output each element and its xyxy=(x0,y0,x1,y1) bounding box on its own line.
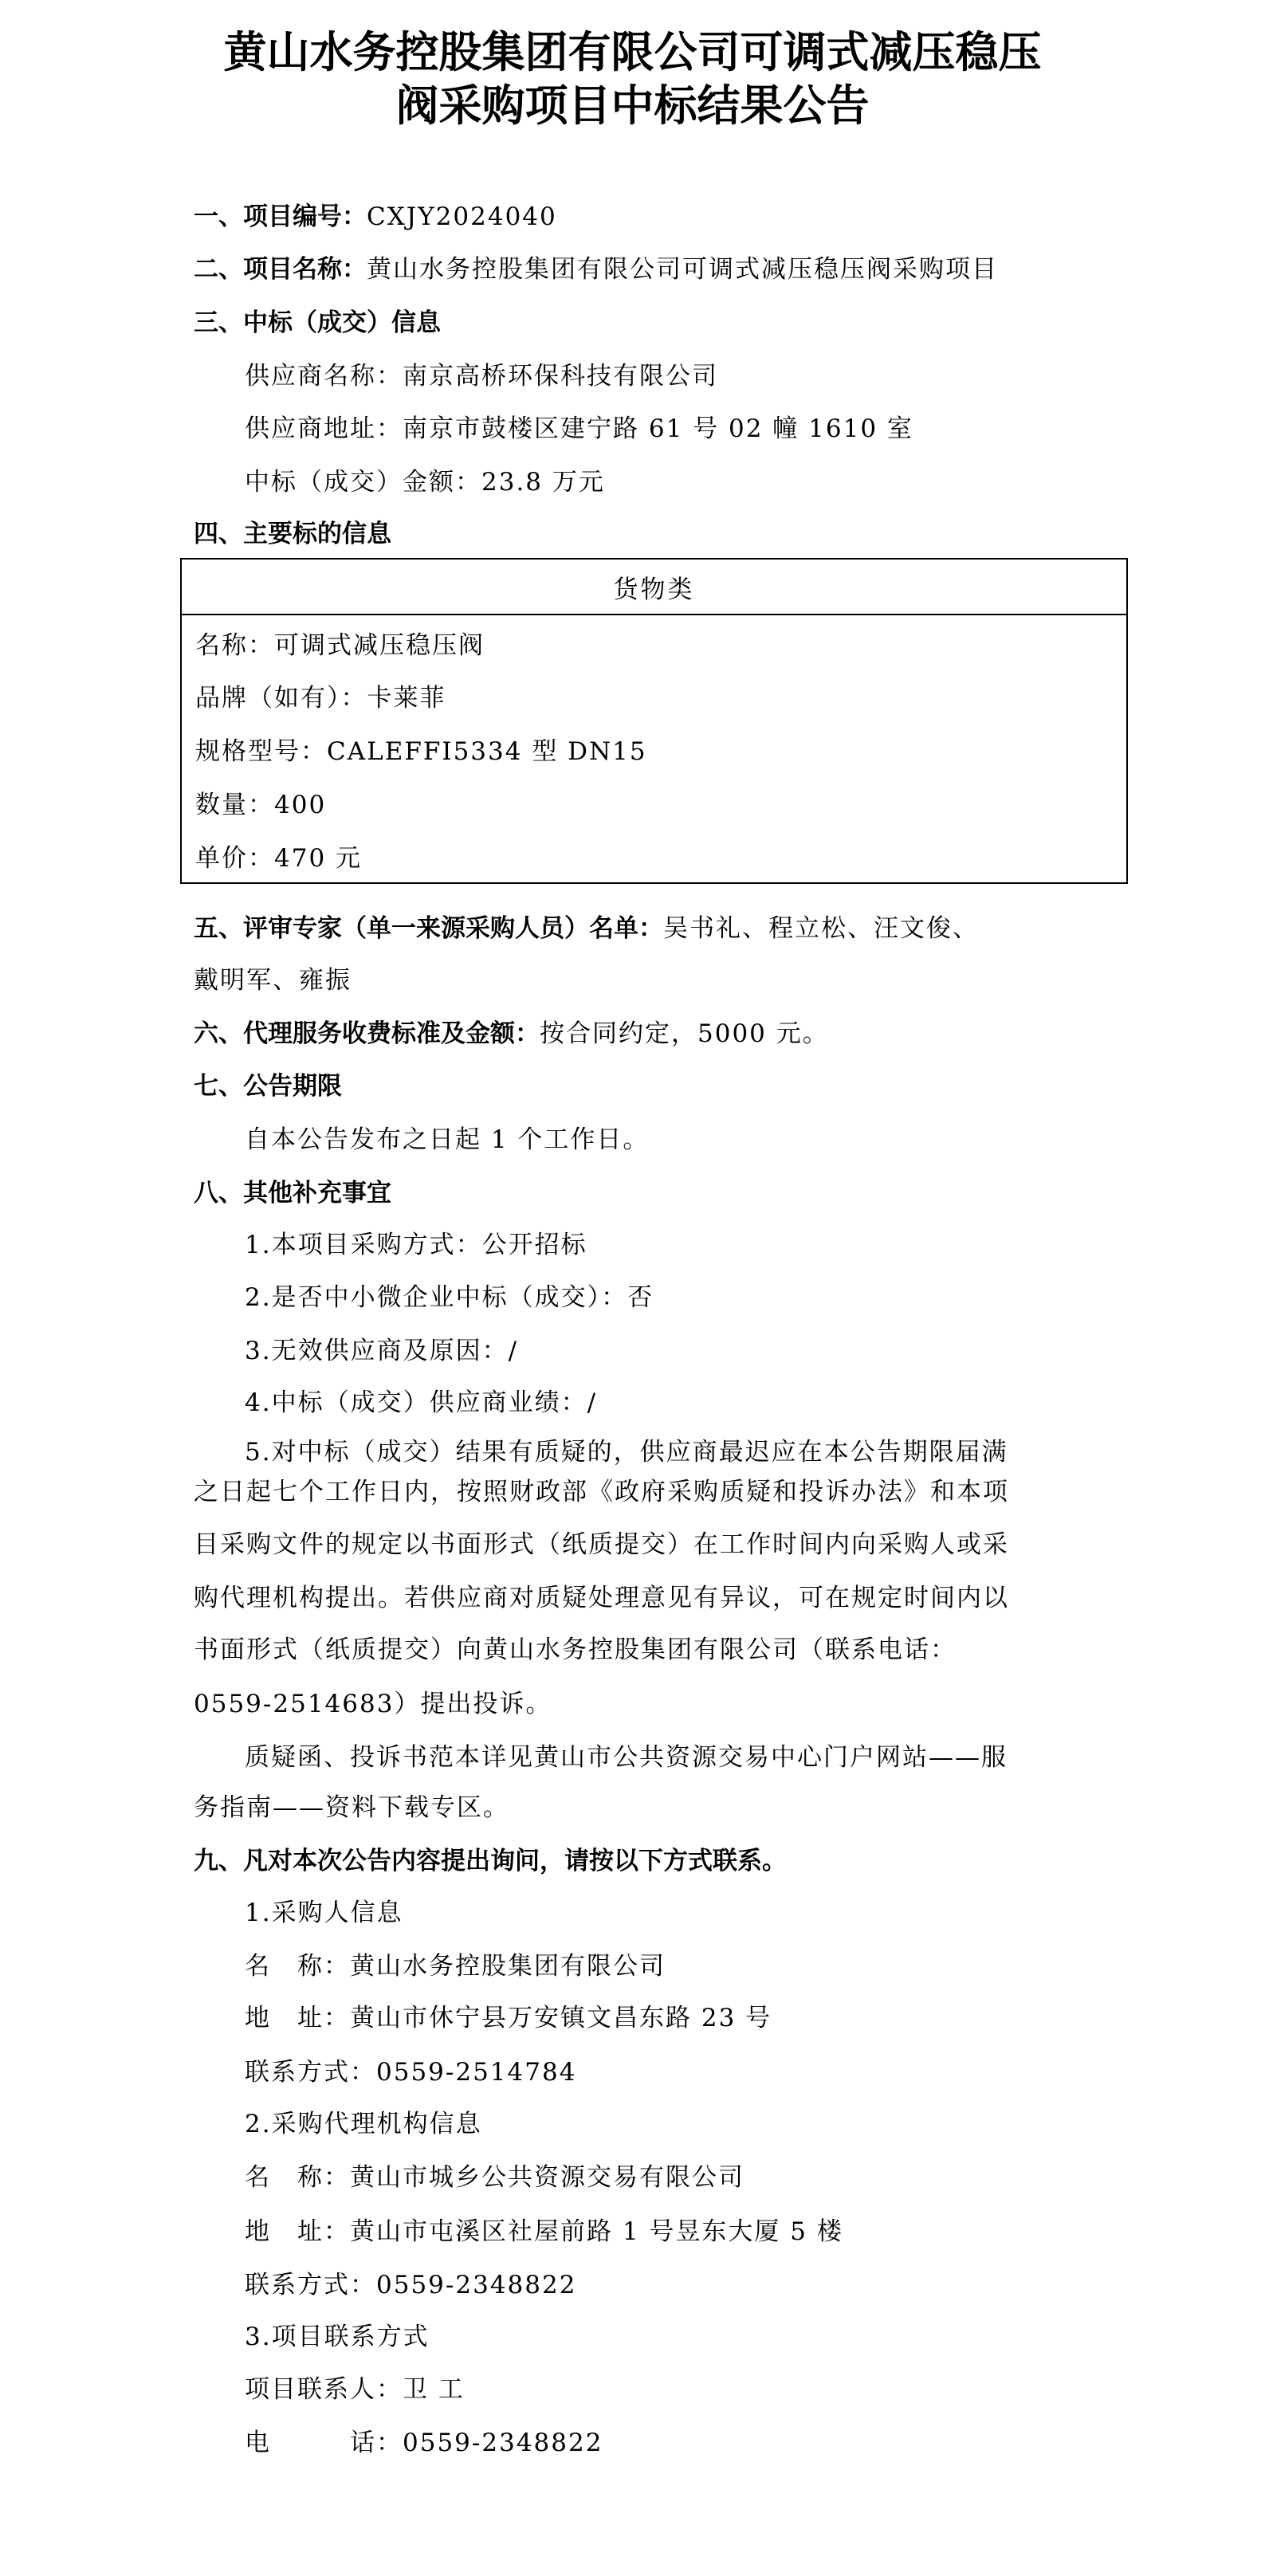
project-contact-person: 项目联系人：卫 工 xyxy=(245,2374,465,2405)
project-name-label: 二、项目名称： xyxy=(194,255,367,284)
project-contact-phone: 电 话：0559-2348822 xyxy=(245,2427,603,2459)
section-8-heading: 八、其他补充事宜 xyxy=(194,1177,391,1209)
supplement-item-4: 4.中标（成交）供应商业绩：/ xyxy=(245,1387,597,1419)
table-header-goods: 货物类 xyxy=(182,560,1126,615)
purchaser-name: 名 称：黄山水务控股集团有限公司 xyxy=(245,1950,666,1982)
experts-row: 五、评审专家（单一来源采购人员）名单：吴书礼、程立松、汪文俊、 xyxy=(194,913,979,944)
table-row-name: 名称：可调式减压稳压阀 xyxy=(195,630,485,662)
table-row-brand: 品牌（如有）：卡莱菲 xyxy=(195,682,446,714)
supplement-item-5-line-3: 目采购文件的规定以书面形式（纸质提交）在工作时间内向采购人或采 xyxy=(194,1529,1009,1561)
page-title-line-1: 黄山水务控股集团有限公司可调式减压稳压 xyxy=(0,26,1265,79)
notice-period-text: 自本公告发布之日起 1 个工作日。 xyxy=(245,1124,649,1156)
project-number-label: 一、项目编号： xyxy=(194,202,367,231)
agency-fee-value: 按合同约定，5000 元。 xyxy=(540,1019,829,1048)
main-items-table: 货物类 名称：可调式减压稳压阀 品牌（如有）：卡莱菲 规格型号：CALEFFI5… xyxy=(180,558,1128,884)
section-9-heading: 九、凡对本次公告内容提出询问，请按以下方式联系。 xyxy=(194,1845,787,1877)
supplement-item-2: 2.是否中小微企业中标（成交）：否 xyxy=(245,1282,654,1314)
project-number-value: CXJY2024040 xyxy=(367,202,557,231)
award-amount: 中标（成交）金额：23.8 万元 xyxy=(245,466,605,498)
agency-info-title: 2.采购代理机构信息 xyxy=(245,2108,482,2140)
agency-address: 地 址：黄山市屯溪区社屋前路 1 号昱东大厦 5 楼 xyxy=(245,2216,843,2248)
agency-name: 名 称：黄山市城乡公共资源交易有限公司 xyxy=(245,2162,744,2193)
purchaser-address: 地 址：黄山市休宁县万安镇文昌东路 23 号 xyxy=(245,2002,772,2034)
agency-fee-label: 六、代理服务收费标准及金额： xyxy=(194,1019,540,1048)
template-note-line-2: 务指南——资料下载专区。 xyxy=(194,1792,509,1824)
project-number-row: 一、项目编号：CXJY2024040 xyxy=(194,201,557,233)
table-row-quantity: 数量：400 xyxy=(195,789,326,821)
purchaser-contact: 联系方式：0559-2514784 xyxy=(245,2056,576,2088)
page-title-line-2: 阀采购项目中标结果公告 xyxy=(0,79,1265,132)
purchaser-info-title: 1.采购人信息 xyxy=(245,1897,403,1929)
experts-label: 五、评审专家（单一来源采购人员）名单： xyxy=(194,914,663,943)
section-4-heading: 四、主要标的信息 xyxy=(194,518,391,550)
table-row-model: 规格型号：CALEFFI5334 型 DN15 xyxy=(195,736,647,768)
supplement-item-5-line-5: 书面形式（纸质提交）向黄山水务控股集团有限公司（联系电话： xyxy=(194,1634,957,1666)
project-contact-title: 3.项目联系方式 xyxy=(245,2321,430,2353)
supplement-item-5-line-1: 5.对中标（成交）结果有质疑的，供应商最迟应在本公告期限届满 xyxy=(245,1436,1008,1468)
experts-value: 吴书礼、程立松、汪文俊、 xyxy=(663,914,979,943)
table-row-unit-price: 单价：470 元 xyxy=(195,842,362,874)
project-name-value: 黄山水务控股集团有限公司可调式减压稳压阀采购项目 xyxy=(367,255,998,284)
project-name-row: 二、项目名称：黄山水务控股集团有限公司可调式减压稳压阀采购项目 xyxy=(194,253,998,285)
supplement-item-5-line-6: 0559-2514683）提出投诉。 xyxy=(194,1688,552,1720)
section-3-heading: 三、中标（成交）信息 xyxy=(194,307,441,339)
agency-fee-row: 六、代理服务收费标准及金额：按合同约定，5000 元。 xyxy=(194,1018,829,1050)
section-7-heading: 七、公告期限 xyxy=(194,1070,342,1102)
experts-value-continued: 戴明军、雍振 xyxy=(194,964,352,996)
supplement-item-5-line-2: 之日起七个工作日内，按照财政部《政府采购质疑和投诉办法》和本项 xyxy=(194,1476,1009,1508)
supplement-item-1: 1.本项目采购方式：公开招标 xyxy=(245,1229,587,1261)
supplier-name: 供应商名称：南京高桥环保科技有限公司 xyxy=(245,360,718,392)
supplement-item-3: 3.无效供应商及原因：/ xyxy=(245,1335,518,1367)
template-note-line-1: 质疑函、投诉书范本详见黄山市公共资源交易中心门户网站——服 xyxy=(245,1742,1008,1773)
supplier-address: 供应商地址：南京市鼓楼区建宁路 61 号 02 幢 1610 室 xyxy=(245,413,913,445)
announcement-page: 黄山水务控股集团有限公司可调式减压稳压 阀采购项目中标结果公告 一、项目编号：C… xyxy=(0,0,1265,2576)
supplement-item-5-line-4: 购代理机构提出。若供应商对质疑处理意见有异议，可在规定时间内以 xyxy=(194,1582,1009,1614)
agency-contact: 联系方式：0559-2348822 xyxy=(245,2269,576,2301)
